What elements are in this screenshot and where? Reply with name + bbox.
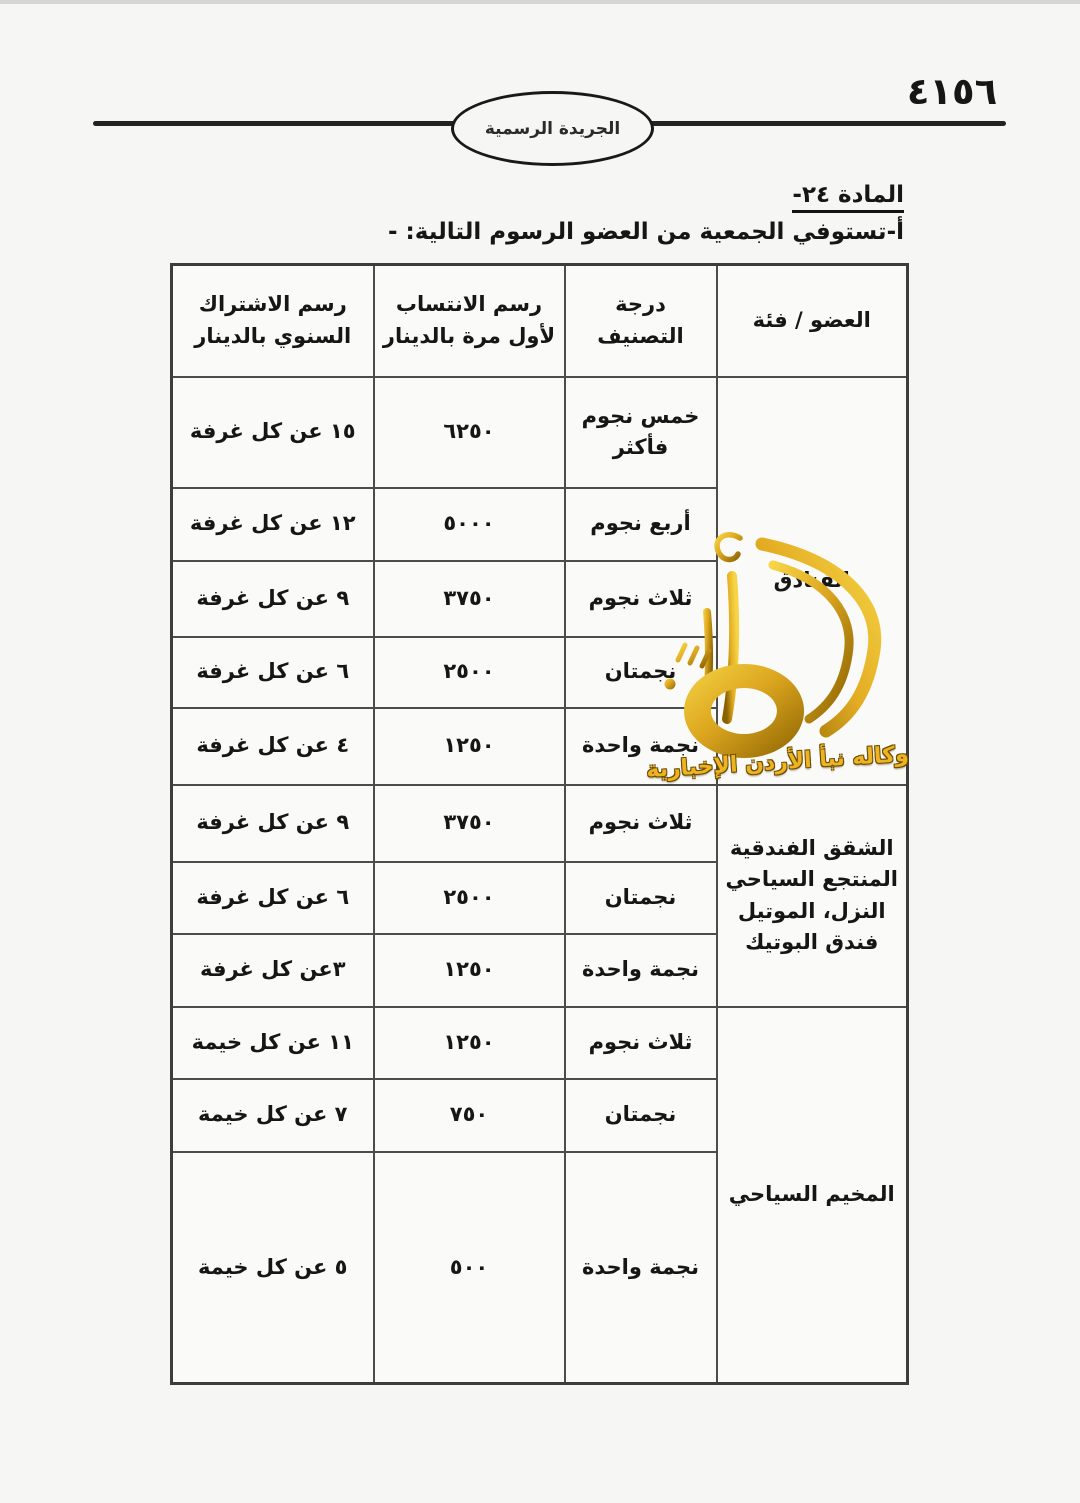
degree-cell: خمس نجوم فأكثر xyxy=(565,377,717,488)
first-fee-cell: ٢٥٠٠ xyxy=(374,637,565,708)
annual-fee-cell: ٦ عن كل غرفة xyxy=(172,637,374,708)
degree-cell: نجمتان xyxy=(565,637,717,708)
table-row: المخيم السياحي ثلاث نجوم ١٢٥٠ ١١ عن كل خ… xyxy=(172,1007,908,1079)
first-fee-cell: ٦٢٥٠ xyxy=(374,377,565,488)
first-fee-cell: ٧٥٠ xyxy=(374,1079,565,1152)
first-fee-cell: ٥٠٠ xyxy=(374,1152,565,1384)
first-fee-cell: ١٢٥٠ xyxy=(374,934,565,1007)
annual-fee-cell: ٦ عن كل غرفة xyxy=(172,862,374,934)
degree-cell: نجمتان xyxy=(565,1079,717,1152)
first-fee-cell: ٥٠٠٠ xyxy=(374,488,565,561)
column-header-annual-fee: رسم الاشتراك السنوي بالدينار xyxy=(172,265,374,377)
annual-fee-cell: ١٢ عن كل غرفة xyxy=(172,488,374,561)
first-fee-cell: ٣٧٥٠ xyxy=(374,785,565,862)
degree-cell: أربع نجوم xyxy=(565,488,717,561)
gazette-page: الجريدة الرسمية ٤١٥٦ المادة ٢٤- أ-تستوفي… xyxy=(0,0,1080,1503)
table-row: الفنادق خمس نجوم فأكثر ٦٢٥٠ ١٥ عن كل غرف… xyxy=(172,377,908,488)
degree-cell: نجمة واحدة xyxy=(565,708,717,785)
fees-table: العضو / فئة درجة التصنيف رسم الانتساب لأ… xyxy=(170,263,909,1385)
annual-fee-cell: ٤ عن كل غرفة xyxy=(172,708,374,785)
degree-cell: نجمة واحدة xyxy=(565,1152,717,1384)
degree-cell: ثلاث نجوم xyxy=(565,561,717,637)
annual-fee-cell: ٧ عن كل خيمة xyxy=(172,1079,374,1152)
member-group-apartments: الشقق الفندقية المنتجع السياحي النزل، ال… xyxy=(717,785,908,1007)
page-number: ٤١٥٦ xyxy=(898,68,1006,116)
article-title: المادة ٢٤- xyxy=(792,182,904,213)
gazette-title: الجريدة الرسمية xyxy=(485,119,620,139)
article-intro: أ-تستوفي الجمعية من العضو الرسوم التالية… xyxy=(388,219,904,245)
degree-cell: نجمة واحدة xyxy=(565,934,717,1007)
column-header-degree: درجة التصنيف xyxy=(565,265,717,377)
column-header-member: العضو / فئة xyxy=(717,265,908,377)
member-group-camp: المخيم السياحي xyxy=(717,1007,908,1384)
scan-edge xyxy=(0,0,1080,4)
degree-cell: ثلاث نجوم xyxy=(565,785,717,862)
column-header-first-fee: رسم الانتساب لأول مرة بالدينار xyxy=(374,265,565,377)
table-header-row: العضو / فئة درجة التصنيف رسم الانتساب لأ… xyxy=(172,265,908,377)
table-row: الشقق الفندقية المنتجع السياحي النزل، ال… xyxy=(172,785,908,862)
member-group-hotels: الفنادق xyxy=(717,377,908,785)
annual-fee-cell: ٣عن كل غرفة xyxy=(172,934,374,1007)
degree-cell: ثلاث نجوم xyxy=(565,1007,717,1079)
first-fee-cell: ٣٧٥٠ xyxy=(374,561,565,637)
annual-fee-cell: ٩ عن كل غرفة xyxy=(172,785,374,862)
first-fee-cell: ١٢٥٠ xyxy=(374,1007,565,1079)
annual-fee-cell: ٩ عن كل غرفة xyxy=(172,561,374,637)
annual-fee-cell: ٥ عن كل خيمة xyxy=(172,1152,374,1384)
annual-fee-cell: ١١ عن كل خيمة xyxy=(172,1007,374,1079)
degree-cell: نجمتان xyxy=(565,862,717,934)
first-fee-cell: ٢٥٠٠ xyxy=(374,862,565,934)
gazette-title-oval: الجريدة الرسمية xyxy=(451,91,654,166)
annual-fee-cell: ١٥ عن كل غرفة xyxy=(172,377,374,488)
first-fee-cell: ١٢٥٠ xyxy=(374,708,565,785)
